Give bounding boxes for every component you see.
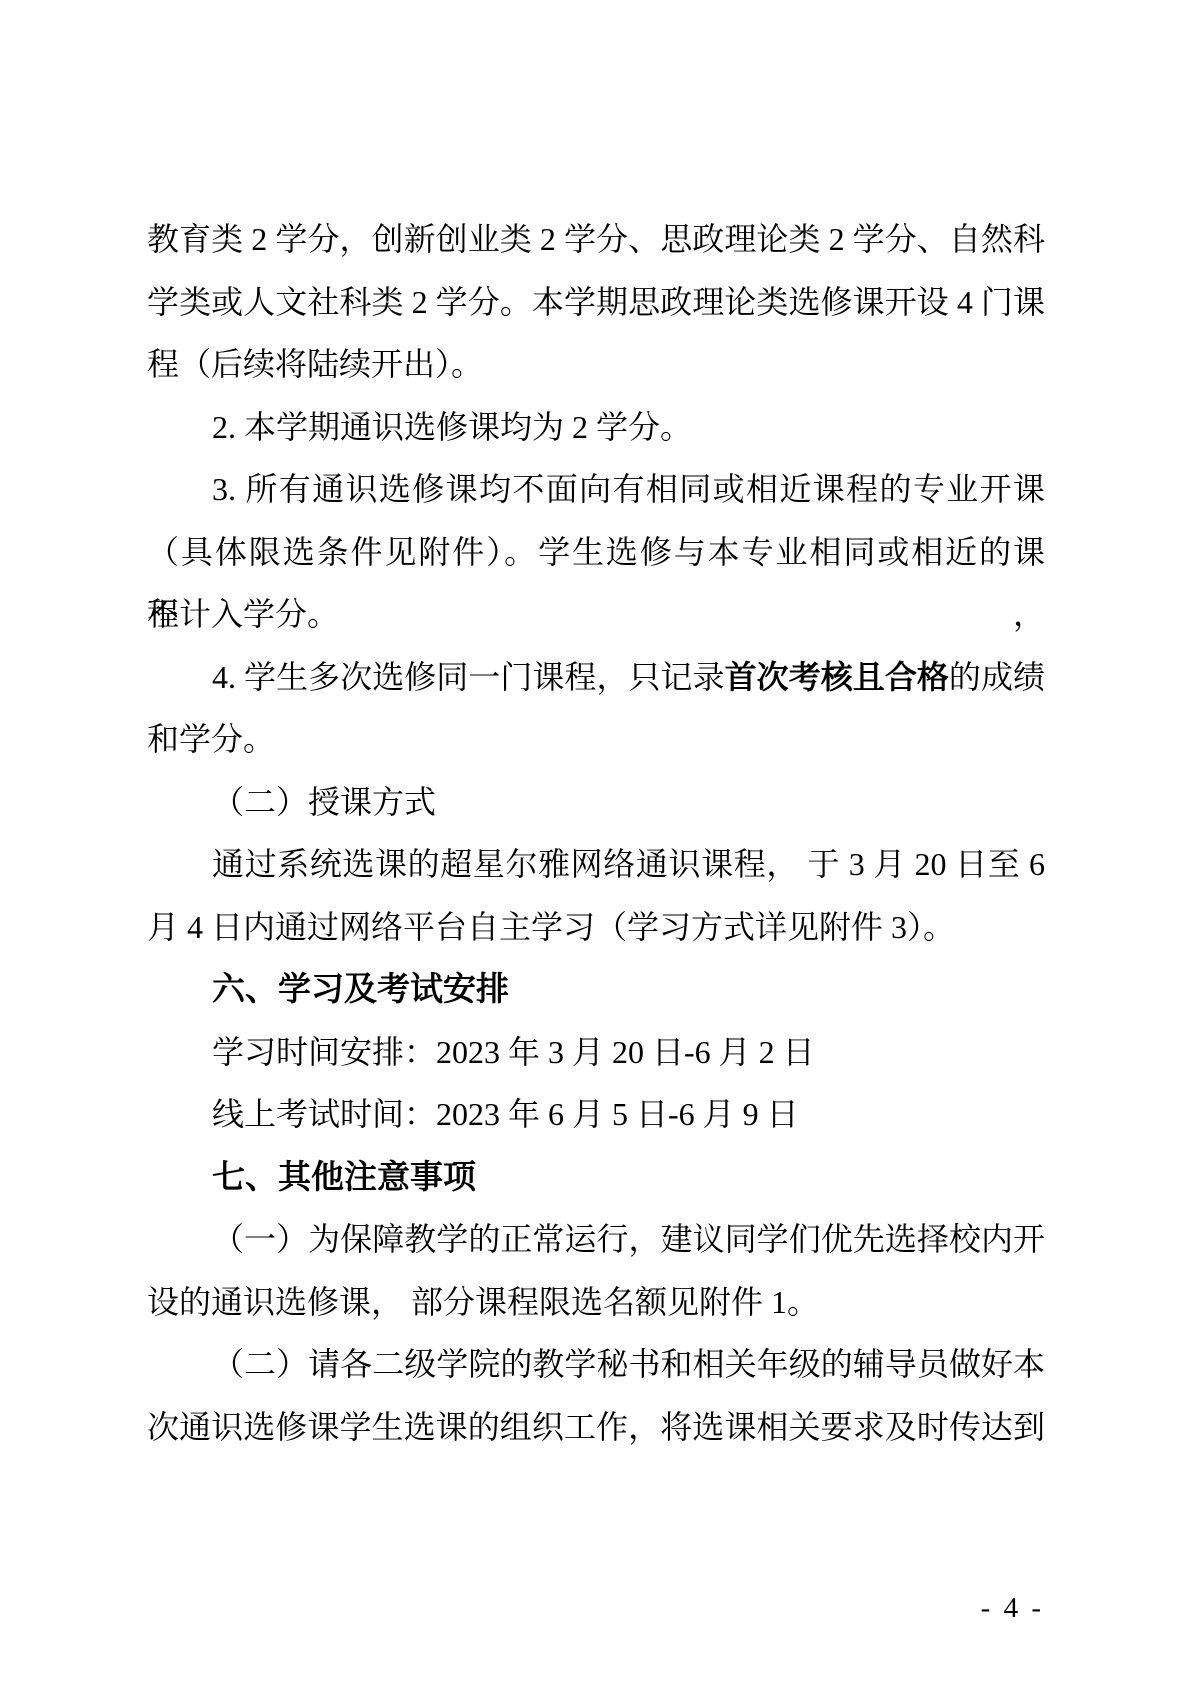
section-heading: 六、学习及考试安排 (147, 958, 1045, 1021)
text-line: 程（后续将陆续开出）。 (147, 333, 1045, 396)
text-line: （二）请各二级学院的教学秘书和相关年级的辅导员做好本 (147, 1333, 1045, 1396)
text-segment: 设的通识选修课， 部分课程限选名额见附件 1。 (147, 1284, 819, 1320)
text-line: 学习时间安排：2023 年 3 月 20 日-6 月 2 日 (147, 1021, 1045, 1084)
text-segment: 七、其他注意事项 (212, 1158, 476, 1195)
text-line: 2. 本学期通识选修课均为 2 学分。 (147, 396, 1045, 459)
page-number: - 4 - (981, 1590, 1044, 1626)
text-line: 3. 所有通识选修课均不面向有相同或相近课程的专业开课 (147, 458, 1045, 521)
text-line: （二）授课方式 (147, 771, 1045, 834)
text-line: 4. 学生多次选修同一门课程，只记录首次考核且合格的成绩 (147, 646, 1045, 709)
text-segment: 学习时间安排：2023 年 3 月 20 日-6 月 2 日 (212, 1034, 815, 1070)
text-segment: 通过系统选课的超星尔雅网络通识课程， 于 3 月 20 日至 6 (212, 846, 1045, 882)
text-segment: （一）为保障教学的正常运行，建议同学们优先选择校内开 (212, 1221, 1045, 1257)
text-segment: 不计入学分。 (147, 596, 339, 632)
text-segment: 学类或人文社科类 2 学分。本学期思政理论类选修课开设 4 门课 (147, 284, 1045, 320)
text-line: 学类或人文社科类 2 学分。本学期思政理论类选修课开设 4 门课 (147, 271, 1045, 334)
text-segment: 程（后续将陆续开出）。 (147, 346, 483, 382)
text-segment: 4. 学生多次选修同一门课程，只记录 (212, 659, 725, 695)
text-segment: 和学分。 (147, 721, 275, 757)
text-line: 和学分。 (147, 708, 1045, 771)
text-segment: 月 4 日内通过网络平台自主学习（学习方式详见附件 3）。 (147, 909, 955, 945)
text-line: 通过系统选课的超星尔雅网络通识课程， 于 3 月 20 日至 6 (147, 833, 1045, 896)
document-body: 教育类 2 学分，创新创业类 2 学分、思政理论类 2 学分、自然科学类或人文社… (147, 208, 1045, 1458)
text-line: （一）为保障教学的正常运行，建议同学们优先选择校内开 (147, 1208, 1045, 1271)
text-segment: 次通识选修课学生选课的组织工作，将选课相关要求及时传达到 (147, 1409, 1045, 1445)
text-segment: 的成绩 (949, 659, 1045, 695)
section-heading: 七、其他注意事项 (147, 1146, 1045, 1209)
text-segment: 教育类 2 学分，创新创业类 2 学分、思政理论类 2 学分、自然科 (147, 221, 1045, 257)
bold-text-segment: 首次考核且合格 (725, 659, 949, 695)
text-line: 设的通识选修课， 部分课程限选名额见附件 1。 (147, 1271, 1045, 1334)
text-segment: （二）请各二级学院的教学秘书和相关年级的辅导员做好本 (212, 1346, 1045, 1382)
document-page: 教育类 2 学分，创新创业类 2 学分、思政理论类 2 学分、自然科学类或人文社… (0, 0, 1191, 1684)
text-line: 线上考试时间：2023 年 6 月 5 日-6 月 9 日 (147, 1083, 1045, 1146)
text-segment: 3. 所有通识选修课均不面向有相同或相近课程的专业开课 (212, 471, 1045, 507)
text-segment: 线上考试时间：2023 年 6 月 5 日-6 月 9 日 (212, 1096, 799, 1132)
text-segment: 六、学习及考试安排 (212, 970, 509, 1007)
text-segment: （二）授课方式 (212, 784, 436, 820)
text-line: （具体限选条件见附件）。学生选修与本专业相同或相近的课程， (147, 521, 1045, 584)
text-line: 次通识选修课学生选课的组织工作，将选课相关要求及时传达到 (147, 1396, 1045, 1459)
text-line: 月 4 日内通过网络平台自主学习（学习方式详见附件 3）。 (147, 896, 1045, 959)
text-line: 教育类 2 学分，创新创业类 2 学分、思政理论类 2 学分、自然科 (147, 208, 1045, 271)
text-segment: 2. 本学期通识选修课均为 2 学分。 (212, 409, 692, 445)
